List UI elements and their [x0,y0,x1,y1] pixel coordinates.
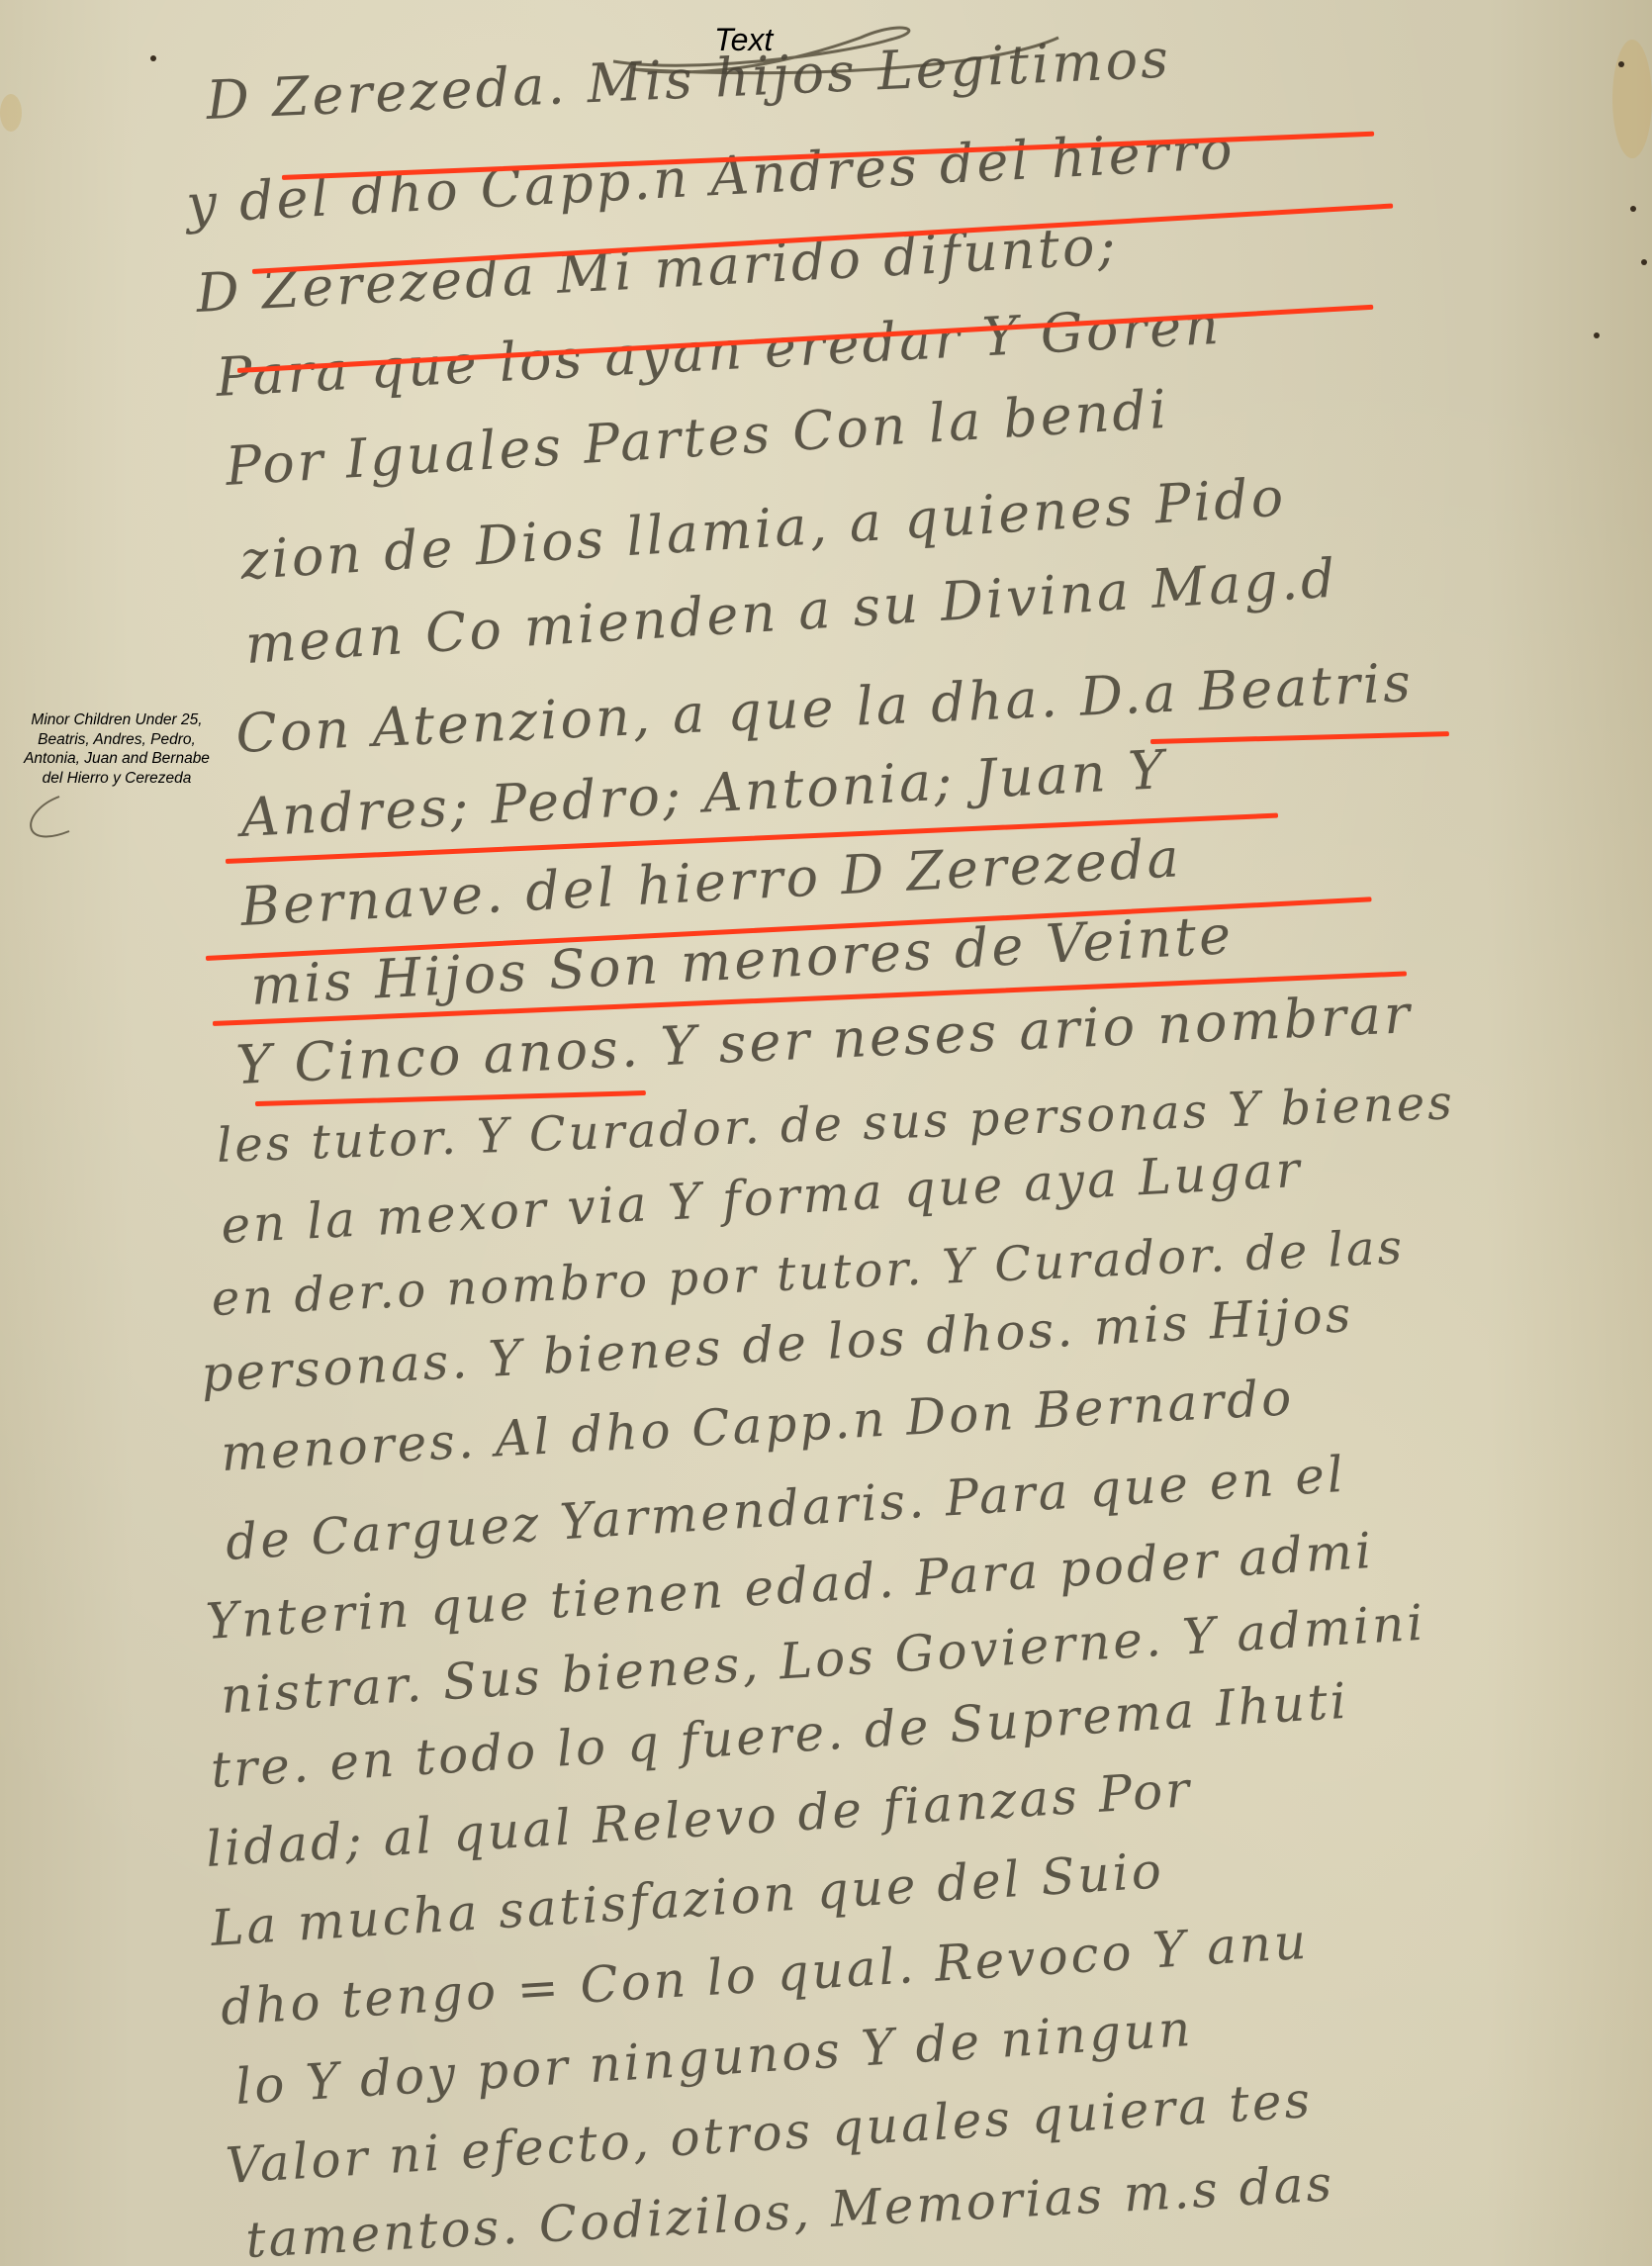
paper-stain [1612,40,1652,158]
wormhole [1618,61,1624,67]
wormhole [1630,206,1636,212]
wormhole [150,55,156,61]
wormhole [1641,259,1647,265]
manuscript-line: D Zerezeda. Mis hijos Legitimos [205,27,1172,132]
paper-stain [0,94,22,132]
annotation-sidenote: Minor Children Under 25, Beatris, Andres… [18,710,216,788]
wormhole [1594,332,1600,338]
highlight-underline [1150,731,1449,744]
manuscript-line: Con Atenzion, a que la dha. D.a Beatris [234,651,1415,765]
manuscript-page: Text Minor Children Under 25, Beatris, A… [0,0,1652,2266]
